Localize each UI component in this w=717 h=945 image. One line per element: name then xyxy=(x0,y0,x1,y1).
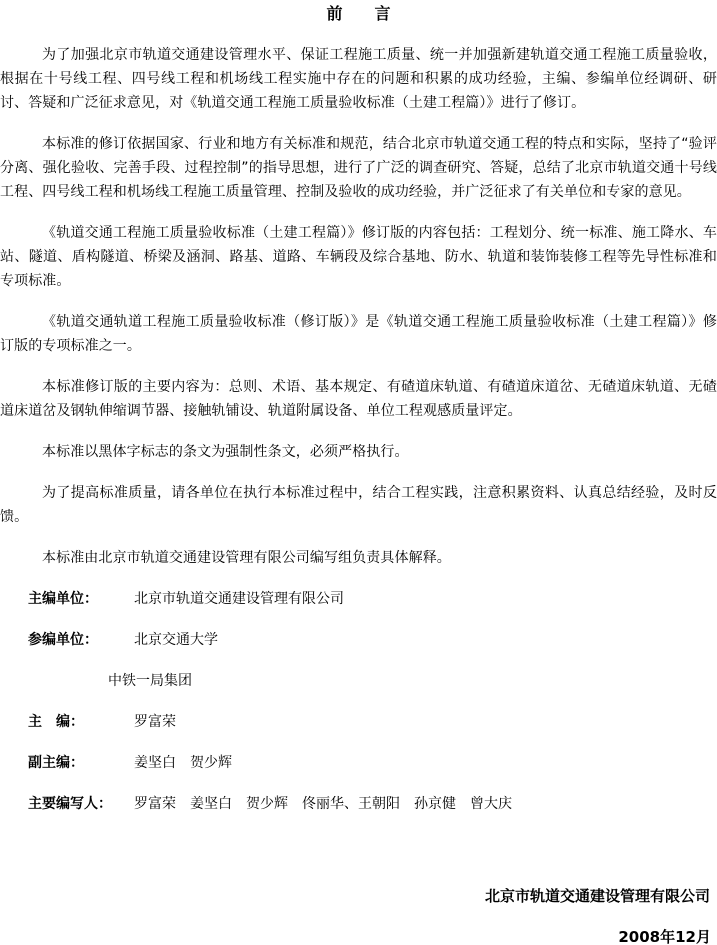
credit-row-participating-unit: 参编单位： 北京交通大学 xyxy=(0,628,717,652)
paragraph-purpose: 为了加强北京市轨道交通建设管理水平、保证工程施工质量、统一并加强新建轨道交通工程… xyxy=(0,43,717,115)
credit-value-participating-unit: 北京交通大学 xyxy=(134,628,717,652)
paragraph-mandatory-clauses: 本标准以黑体字标志的条文为强制性条文，必须严格执行。 xyxy=(0,440,717,464)
credit-value-chief-editor: 罗富荣 xyxy=(134,710,717,734)
paragraph-main-contents: 本标准修订版的主要内容为：总则、术语、基本规定、有碴道床轨道、有碴道床道岔、无碴… xyxy=(0,375,717,423)
credit-label-deputy-chief-editor: 副主编： xyxy=(28,751,134,775)
credit-value-participating-unit-2: 中铁一局集团 xyxy=(108,669,717,693)
paragraph-feedback-request: 为了提高标准质量，请各单位在执行本标准过程中，结合工程实践，注意积累资料、认真总… xyxy=(0,481,717,529)
credit-row-chief-editor: 主 编： 罗富荣 xyxy=(0,710,717,734)
credit-row-participating-unit-2: 中铁一局集团 xyxy=(0,669,717,693)
paragraph-interpretation: 本标准由北京市轨道交通建设管理有限公司编写组负责具体解释。 xyxy=(0,546,717,570)
footer-date: 2008年12月 xyxy=(0,925,717,945)
paragraph-special-standard: 《轨道交通轨道工程施工质量验收标准（修订版）》是《轨道交通工程施工质量验收标准（… xyxy=(0,310,717,358)
page-title: 前 言 xyxy=(0,2,717,26)
credit-row-chief-editing-unit: 主编单位： 北京市轨道交通建设管理有限公司 xyxy=(0,587,717,611)
credit-value-chief-editing-unit: 北京市轨道交通建设管理有限公司 xyxy=(134,587,717,611)
credit-value-main-writers: 罗富荣 姜坚白 贺少辉 佟丽华、王朝阳 孙京健 曾大庆 xyxy=(134,792,717,816)
paragraph-revision-basis: 本标准的修订依据国家、行业和地方有关标准和规范，结合北京市轨道交通工程的特点和实… xyxy=(0,132,717,204)
footer-organization: 北京市轨道交通建设管理有限公司 xyxy=(0,884,717,908)
credit-label-chief-editor: 主 编： xyxy=(28,710,134,734)
credit-label-participating-unit: 参编单位： xyxy=(28,628,134,652)
credit-label-main-writers: 主要编写人： xyxy=(28,792,134,816)
paragraph-revision-contents: 《轨道交通工程施工质量验收标准（土建工程篇）》修订版的内容包括：工程划分、统一标… xyxy=(0,221,717,293)
credit-row-main-writers: 主要编写人： 罗富荣 姜坚白 贺少辉 佟丽华、王朝阳 孙京健 曾大庆 xyxy=(0,792,717,816)
credit-row-deputy-chief-editor: 副主编： 姜坚白 贺少辉 xyxy=(0,751,717,775)
document-page: 前 言 为了加强北京市轨道交通建设管理水平、保证工程施工质量、统一并加强新建轨道… xyxy=(0,0,717,945)
credit-label-chief-editing-unit: 主编单位： xyxy=(28,587,134,611)
credit-value-deputy-chief-editor: 姜坚白 贺少辉 xyxy=(134,751,717,775)
credit-label-empty xyxy=(28,669,108,693)
